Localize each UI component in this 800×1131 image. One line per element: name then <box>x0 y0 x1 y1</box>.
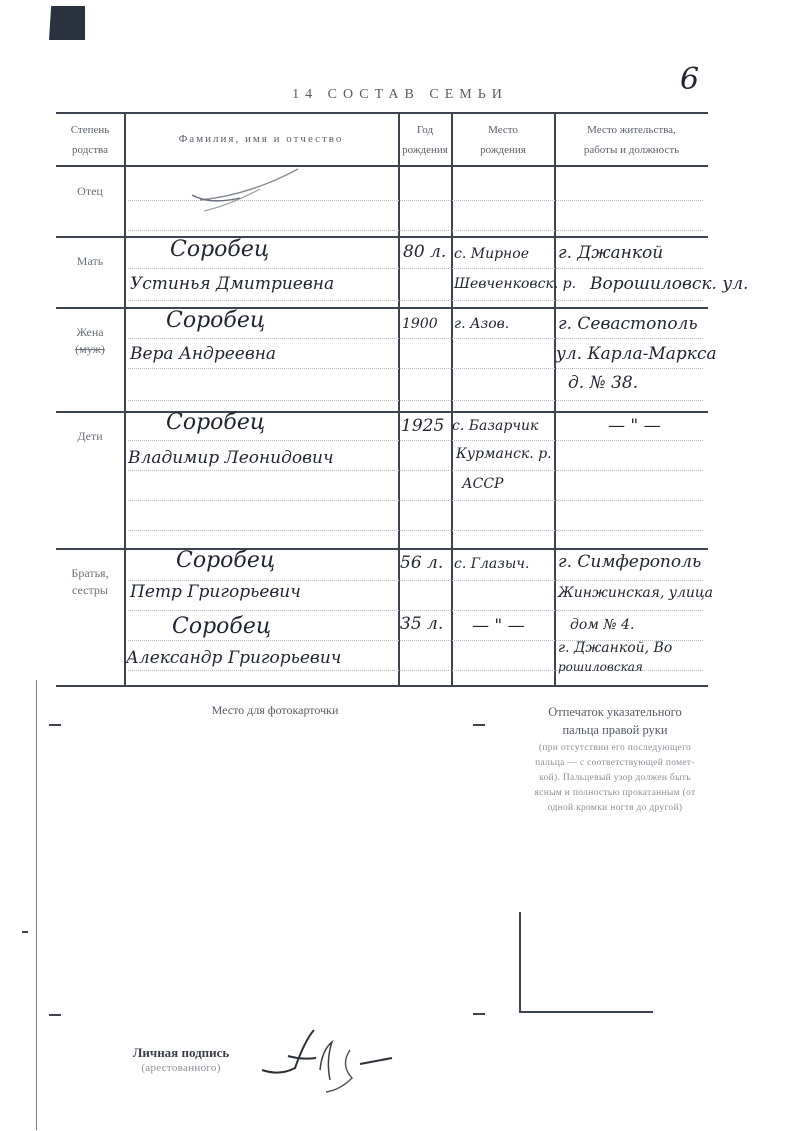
row-rule <box>56 307 708 309</box>
header-name: Фамилия, имя и отчество <box>124 129 398 149</box>
scan-corner-mark <box>49 6 85 40</box>
col-rule <box>554 112 556 686</box>
relation-label: Мать <box>56 253 124 270</box>
header-relation-line2: родства <box>56 140 124 160</box>
birth-year: 35 л. <box>400 614 443 634</box>
guide-line <box>128 440 703 441</box>
instruction-line: ясным и полностью прокатанным (от <box>505 786 725 801</box>
residence-line: Ворошиловск. ул. <box>590 274 748 294</box>
fingerprint-title: Отпечаток указательного пальца правой ру… <box>500 703 730 739</box>
photo-frame-tick <box>473 1013 485 1015</box>
birth-place-line: АССР <box>462 476 503 492</box>
guide-line <box>128 580 703 581</box>
birth-year: 1925 <box>401 416 444 436</box>
birth-place-line: с. Мирное <box>454 246 529 262</box>
guide-line <box>128 470 703 471</box>
residence-ditto: — " — <box>608 416 661 436</box>
residence-line: г. Джанкой, Во <box>558 640 672 656</box>
residence-line: ул. Карла-Маркса <box>556 344 717 364</box>
guide-line <box>128 268 703 269</box>
row-rule <box>56 236 708 238</box>
birth-place-line: г. Азов. <box>454 316 509 332</box>
given-name: Владимир Леонидович <box>128 448 334 468</box>
header-bottom-rule <box>56 165 708 167</box>
birth-place-line: Курманск. р. <box>456 446 552 462</box>
birth-place-line: с. Глазыч. <box>454 556 529 572</box>
guide-line <box>128 610 703 611</box>
relation-label: Жена (муж) <box>56 324 124 358</box>
residence-line: Жинжинская, улица <box>558 585 713 601</box>
relation-label: Дети <box>56 428 124 445</box>
guide-line <box>128 500 703 501</box>
relation-label: Отец <box>56 183 124 200</box>
residence-line: г. Севастополь <box>558 314 698 334</box>
row-rule <box>56 411 708 413</box>
section-title: 14 СОСТАВ СЕМЬИ <box>0 87 800 103</box>
table-bottom-rule <box>56 685 708 687</box>
guide-line <box>128 400 703 401</box>
guide-line <box>128 230 703 231</box>
col-rule <box>124 112 126 686</box>
birth-place-line: с. Базарчик <box>452 418 538 434</box>
signature-scribble <box>250 1020 400 1095</box>
relation-husband-struck: (муж) <box>56 341 124 358</box>
signature-label-block: Личная подпись (арестованного) <box>116 1045 246 1076</box>
relation-label: Братья, сестры <box>56 565 124 599</box>
photo-placeholder-label: Место для фотокарточки <box>150 703 400 718</box>
guide-line <box>128 338 703 339</box>
guide-line <box>128 300 703 301</box>
instruction-line: кой). Пальцевый узор должен быть <box>505 771 725 786</box>
surname: Соробец <box>166 308 265 333</box>
fingerprint-box-left <box>519 912 521 1013</box>
residence-line: г. Джанкой <box>558 243 663 263</box>
instruction-line: одной кромки ногтя до другой) <box>505 801 725 816</box>
header-birth-place-line2: рождения <box>452 140 554 160</box>
surname: Соробец <box>176 548 275 573</box>
header-birth-place: Место рождения <box>452 120 554 160</box>
header-birth-year-line1: Год <box>399 120 451 140</box>
given-name: Устинья Дмитриевна <box>130 274 334 294</box>
signature-label: Личная подпись <box>116 1045 246 1061</box>
header-residence-line1: Место жительства, <box>555 120 708 140</box>
fingerprint-title-line2: пальца правой руки <box>500 721 730 739</box>
surname: Соробец <box>166 410 265 435</box>
left-margin-rule <box>36 680 37 1130</box>
header-birth-year-line2: рождения <box>399 140 451 160</box>
signature-sublabel: (арестованного) <box>116 1061 246 1076</box>
header-residence: Место жительства, работы и должность <box>555 120 708 160</box>
relation-wife: Жена <box>56 324 124 341</box>
residence-line: г. Симферополь <box>558 552 701 572</box>
fingerprint-instructions: (при отсутствии его последующего пальца … <box>505 741 725 816</box>
fingerprint-box-bottom <box>519 1011 653 1013</box>
header-birth-year: Год рождения <box>399 120 451 160</box>
col-rule <box>451 112 453 686</box>
header-residence-line2: работы и должность <box>555 140 708 160</box>
surname: Соробец <box>170 237 269 262</box>
birth-place-ditto: — " — <box>472 616 525 636</box>
photo-frame-tick <box>473 724 485 726</box>
photo-frame-tick <box>49 724 61 726</box>
col-rule <box>398 112 400 686</box>
margin-tick <box>22 931 28 933</box>
guide-line <box>128 368 703 369</box>
residence-line: дом № 4. <box>570 617 634 633</box>
table-top-rule <box>56 112 708 114</box>
photo-frame-tick <box>49 1014 61 1016</box>
birth-year: 80 л. <box>403 242 446 262</box>
header-birth-place-line1: Место <box>452 120 554 140</box>
fingerprint-title-line1: Отпечаток указательного <box>500 703 730 721</box>
row-rule <box>56 548 708 550</box>
given-name: Александр Григорьевич <box>126 648 341 668</box>
birth-year: 1900 <box>402 316 438 332</box>
instruction-line: пальца — с соответствующей помет- <box>505 756 725 771</box>
surname: Соробец <box>172 614 271 639</box>
birth-year: 56 л. <box>400 553 443 573</box>
header-relation: Степень родства <box>56 120 124 160</box>
dash-strike-mark <box>190 165 310 215</box>
given-name: Петр Григорьевич <box>130 582 301 602</box>
residence-line: рошиловская <box>558 660 643 674</box>
birth-place-line: Шевченковск. р. <box>454 276 576 292</box>
guide-line <box>128 530 703 531</box>
header-relation-line1: Степень <box>56 120 124 140</box>
given-name: Вера Андреевна <box>130 344 276 364</box>
residence-line: д. № 38. <box>568 373 638 393</box>
instruction-line: (при отсутствии его последующего <box>505 741 725 756</box>
